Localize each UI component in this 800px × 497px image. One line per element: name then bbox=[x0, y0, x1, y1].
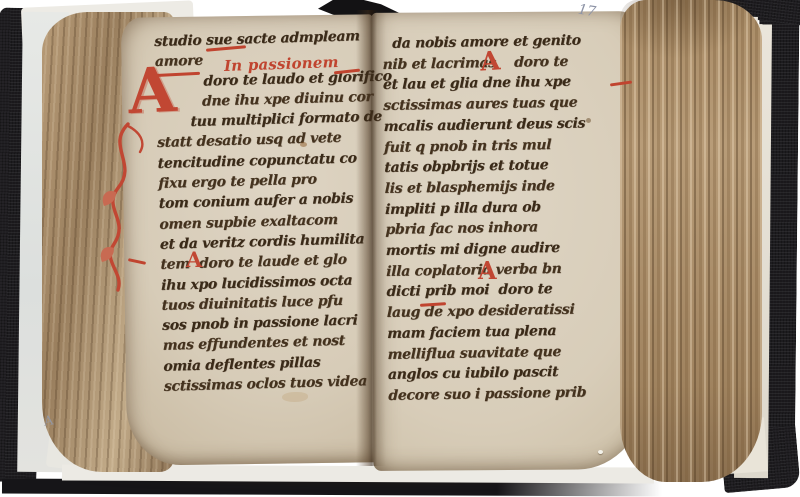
left-page-text-column: studio sue sacte admpleamamoredoro te la… bbox=[154, 26, 382, 397]
rubricated-initial-right-upper: A bbox=[479, 46, 501, 77]
parchment-stain bbox=[300, 142, 307, 147]
pencil-annotation: A bbox=[43, 413, 54, 429]
parchment-fleck bbox=[598, 450, 603, 454]
folio-number: 17 bbox=[577, 2, 597, 21]
illuminated-initial-large: A bbox=[126, 59, 177, 123]
rubricated-initial-right-lower: A bbox=[478, 256, 497, 285]
parchment-stain bbox=[586, 118, 591, 123]
parchment-stain bbox=[282, 392, 308, 402]
manuscript-photo: studio sue sacte admpleamamoredoro te la… bbox=[0, 0, 800, 497]
right-page-text-column: da nobis amore et genitonib et lacrimas … bbox=[382, 30, 628, 407]
manuscript-text-line: decore suo i passione prib bbox=[388, 382, 628, 407]
initial-pen-flourish bbox=[94, 122, 158, 292]
leaf-edges-fore-edge bbox=[620, 0, 762, 482]
rubricated-initial-left: A bbox=[186, 247, 202, 272]
